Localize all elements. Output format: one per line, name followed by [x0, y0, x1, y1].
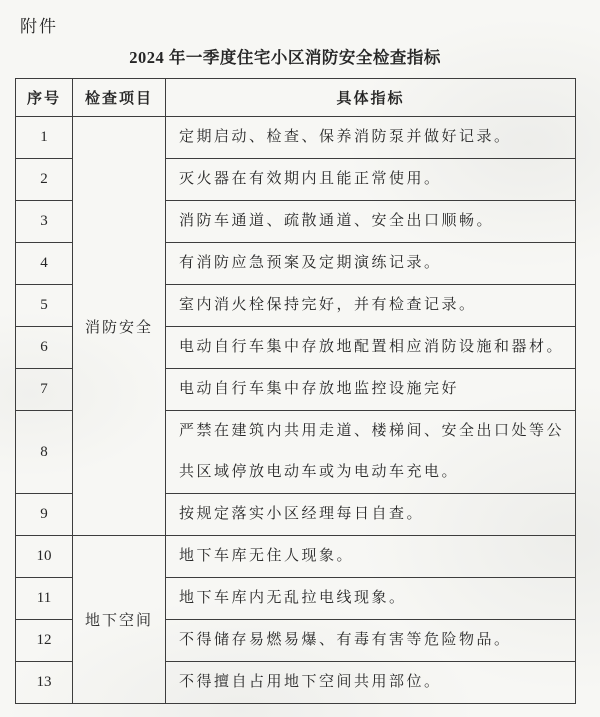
- page-title: 2024 年一季度住宅小区消防安全检查指标: [0, 44, 570, 68]
- row-number: 1: [16, 117, 73, 159]
- indicator-cell: 电动自行车集中存放地配置相应消防设施和器材。: [166, 327, 576, 369]
- row-number: 5: [16, 285, 73, 327]
- indicator-cell: 电动自行车集中存放地监控设施完好: [166, 369, 576, 411]
- row-number: 4: [16, 243, 73, 285]
- indicator-cell: 地下车库内无乱拉电线现象。: [166, 578, 576, 620]
- row-number: 2: [16, 159, 73, 201]
- row-number: 8: [16, 411, 73, 494]
- indicator-cell: 消防车通道、疏散通道、安全出口顺畅。: [166, 201, 576, 243]
- row-number: 13: [16, 662, 73, 704]
- row-number: 6: [16, 327, 73, 369]
- header-cell-category: 检查项目: [73, 79, 166, 117]
- header-cell-no: 序号: [16, 79, 73, 117]
- inspection-table: 序号 检查项目 具体指标 1 消防安全 定期启动、检查、保养消防泵并做好记录。 …: [15, 78, 576, 704]
- indicator-cell: 不得擅自占用地下空间共用部位。: [166, 662, 576, 704]
- row-number: 3: [16, 201, 73, 243]
- indicator-cell: 地下车库无住人现象。: [166, 536, 576, 578]
- category-cell-underground-space: 地下空间: [73, 536, 166, 704]
- header-cell-indicator: 具体指标: [166, 79, 576, 117]
- row-number: 7: [16, 369, 73, 411]
- indicator-cell: 有消防应急预案及定期演练记录。: [166, 243, 576, 285]
- row-number: 9: [16, 494, 73, 536]
- attachment-label: 附件: [20, 12, 58, 37]
- row-number: 12: [16, 620, 73, 662]
- indicator-cell: 定期启动、检查、保养消防泵并做好记录。: [166, 117, 576, 159]
- indicator-cell: 按规定落实小区经理每日自查。: [166, 494, 576, 536]
- indicator-cell: 严禁在建筑内共用走道、楼梯间、安全出口处等公 共区域停放电动车或为电动车充电。: [166, 411, 576, 494]
- table-header-row: 序号 检查项目 具体指标: [16, 79, 576, 117]
- indicator-cell: 不得储存易燃易爆、有毒有害等危险物品。: [166, 620, 576, 662]
- row-number: 10: [16, 536, 73, 578]
- indicator-cell: 室内消火栓保持完好，并有检查记录。: [166, 285, 576, 327]
- indicator-cell: 灭火器在有效期内且能正常使用。: [166, 159, 576, 201]
- table-row: 10 地下空间 地下车库无住人现象。: [16, 536, 576, 578]
- row-number: 11: [16, 578, 73, 620]
- table-row: 1 消防安全 定期启动、检查、保养消防泵并做好记录。: [16, 117, 576, 159]
- category-cell-fire-safety: 消防安全: [73, 117, 166, 536]
